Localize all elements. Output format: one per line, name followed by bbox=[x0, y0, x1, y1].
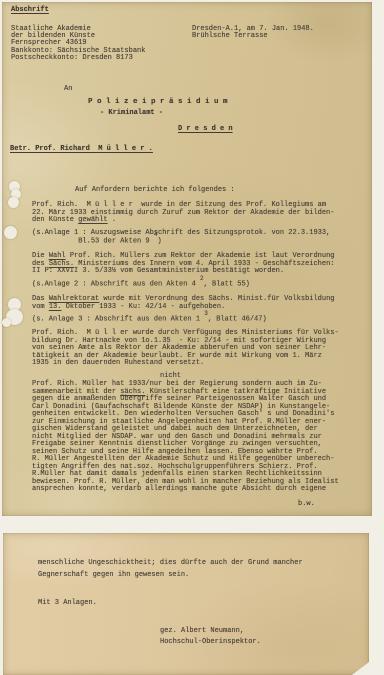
note-text: (s.Anlage 2 : Abschrift aus den Akten 4 bbox=[32, 280, 200, 288]
paragraph-text: Künstlerschaft eine tatkräftige Initiati… bbox=[32, 388, 339, 494]
note-text: (s.Anlage 1 : Auszugsweise Abschrift des… bbox=[32, 229, 330, 245]
enclosures-line: Mit 3 Anlagen. bbox=[38, 600, 97, 608]
underlined-text: 13. bbox=[49, 303, 62, 311]
paragraph-initiative: Prof. Rich. Müller hat 1933/nur bei der … bbox=[32, 381, 339, 494]
attachment-note-3: (s. Anlage 3 : Abschrift aus den Akten 1… bbox=[32, 316, 267, 324]
scanned-document: Abschrift Staatliche Akademie der bilden… bbox=[0, 0, 384, 675]
paragraph-text: Oktober 1933 - Ku: 42/14 - aufgehoben. bbox=[61, 303, 225, 311]
page2-closing-paragraph: menschliche Ungeschicktheit; dies dürfte… bbox=[38, 557, 303, 581]
note-text: , Blatt 55) bbox=[204, 280, 250, 288]
paragraph-rectorate-abolished: Das Wahlrektorat wurde mit Verordnung de… bbox=[32, 296, 334, 311]
recipient-name-line: P o l i z e i p r ä s i d i u m bbox=[88, 99, 228, 107]
underlined-text: gewählt bbox=[78, 216, 107, 224]
note-text: (s. Anlage 3 : Abschrift aus den Akten 1 bbox=[32, 315, 204, 323]
note-text: ) bbox=[157, 237, 161, 245]
superscript-note-ref: 2 bbox=[200, 275, 204, 282]
punch-hole bbox=[8, 197, 19, 208]
subject-line: Betr. Prof. Richard M ü l l e r . bbox=[10, 146, 153, 154]
attachment-note-1: (s.Anlage 1 : Auszugsweise Abschrift des… bbox=[32, 230, 330, 245]
attachment-note-2: (s.Anlage 2 : Abschrift aus den Akten 4 … bbox=[32, 281, 250, 289]
recipient-dept-line: - Kriminalamt - bbox=[100, 110, 163, 118]
paragraph-confirmation: Die Wahl Prof. Rich. Müllers zum Rektor … bbox=[32, 253, 334, 276]
corner-fold bbox=[352, 662, 369, 675]
copy-heading: Abschrift bbox=[11, 7, 49, 15]
recipient-city-line: D r e s d e n bbox=[178, 126, 233, 134]
note-text: , Blatt 46/47) bbox=[208, 315, 267, 323]
superscript-note-ref: 3 bbox=[204, 310, 208, 317]
sender-address-block: Staatliche Akademie der bildenden Künste… bbox=[11, 26, 145, 62]
paragraph-dismissal: Prof. Rich. M ü l l er wurde durch Verfü… bbox=[32, 330, 339, 368]
punch-hole bbox=[2, 318, 11, 327]
report-intro-line: Auf Anfordern berichte ich folgendes : bbox=[75, 187, 235, 195]
superscript-note-ref: 4 bbox=[154, 231, 158, 238]
paragraph-election: Prof. Rich. M ü l l e r wurde in der Sit… bbox=[32, 202, 334, 225]
punch-hole bbox=[4, 226, 17, 239]
signature-block: gez. Albert Neumann, Hochschul-Oberinspe… bbox=[160, 626, 261, 648]
paragraph-text: . bbox=[108, 216, 116, 224]
paragraph-text: Ministeriums des Innern vom 4. April 193… bbox=[32, 260, 334, 276]
dateline-block: Dresden-A.1, am 7. Jan. 1948. Brühlsche … bbox=[192, 26, 314, 40]
recipient-intro: An bbox=[64, 86, 72, 94]
turn-page-note: b.w. bbox=[298, 501, 315, 509]
